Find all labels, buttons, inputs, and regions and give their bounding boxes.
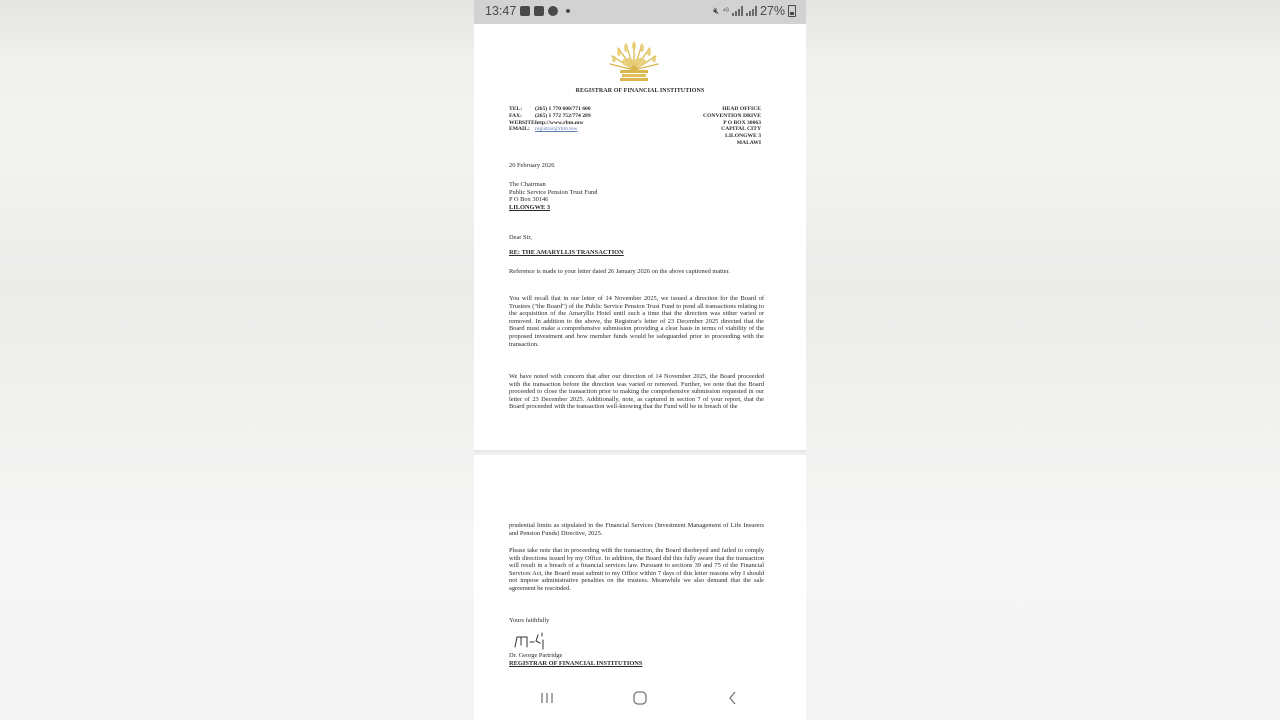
organization-title: REGISTRAR OF FINANCIAL INSTITUTIONS [474,88,806,96]
recipient-block: The Chairman Public Service Pension Trus… [509,181,597,211]
home-icon [632,690,648,706]
website-value: http://www.rbm.mw [535,120,583,126]
email-link[interactable]: registrar@rbm.mw [535,126,578,132]
document-page-2[interactable]: prudential limits as stipulated in the F… [474,455,806,675]
battery-icon [788,5,796,17]
status-bar: 13:47 🔇︎ ⁴ᴳ 27% [474,0,806,24]
body-paragraph: Reference is made to your letter dated 2… [509,268,764,276]
gmail-icon [534,6,544,16]
clock: 13:47 [485,4,516,18]
body-paragraph: prudential limits as stipulated in the F… [509,522,764,537]
signer-title: REGISTRAR OF FINANCIAL INSTITUTIONS [509,660,642,668]
recent-apps-button[interactable] [535,689,559,707]
fax-label: FAX: [509,113,535,120]
tel-value: (265) 1 770 600/771 600 [535,106,591,112]
emblem-logo-icon [604,36,664,84]
signature-icon [512,631,562,653]
tel-label: TEL: [509,106,535,113]
fax-value: (265) 1 772 752/774 289 [535,113,591,119]
mute-icon: 🔇︎ [713,6,719,17]
signal-icon [732,6,743,16]
back-button[interactable] [721,689,745,707]
letter-date: 20 February 2026 [509,162,554,170]
body-paragraph: We have noted with concern that after ou… [509,373,764,411]
address-line: P O BOX 30063 [703,120,761,127]
subject-line: RE: THE AMARYLLIS TRANSACTION [509,249,624,257]
battery-level: 27% [760,4,785,18]
address-line: MALAWI [703,140,761,147]
body-paragraph: Please take note that in proceeding with… [509,547,764,593]
address-line: CONVENTION DRIVE [703,113,761,120]
back-icon [727,690,739,706]
recipient-line: Public Service Pension Trust Fund [509,189,597,197]
signer-name: Dr. George Partridge [509,652,562,660]
recipient-line: P O Box 30146 [509,196,597,204]
contact-block: TEL:(265) 1 770 600/771 600 FAX:(265) 1 … [509,106,591,133]
wifi-calling-icon: ⁴ᴳ [722,8,728,15]
document-page-1[interactable]: REGISTRAR OF FINANCIAL INSTITUTIONS TEL:… [474,24,806,450]
address-line: CAPITAL CITY [703,126,761,133]
recent-apps-icon [539,691,555,705]
gallery-icon [520,6,530,16]
signal-icon [746,6,757,16]
navigation-bar [474,675,806,720]
more-dot-icon [566,9,570,13]
website-label: WEBSITE: [509,120,535,127]
salutation: Dear Sir, [509,234,532,242]
email-label: EMAIL: [509,126,535,133]
body-paragraph: You will recall that in our letter of 14… [509,295,764,348]
facebook-icon [548,6,558,16]
closing: Yours faithfully [509,617,549,625]
address-line: HEAD OFFICE [703,106,761,113]
phone-screen: 13:47 🔇︎ ⁴ᴳ 27% [474,0,806,720]
address-line: LILONGWE 3 [703,133,761,140]
recipient-city: LILONGWE 3 [509,204,597,212]
recipient-line: The Chairman [509,181,597,189]
address-block: HEAD OFFICE CONVENTION DRIVE P O BOX 300… [703,106,761,147]
home-button[interactable] [628,689,652,707]
